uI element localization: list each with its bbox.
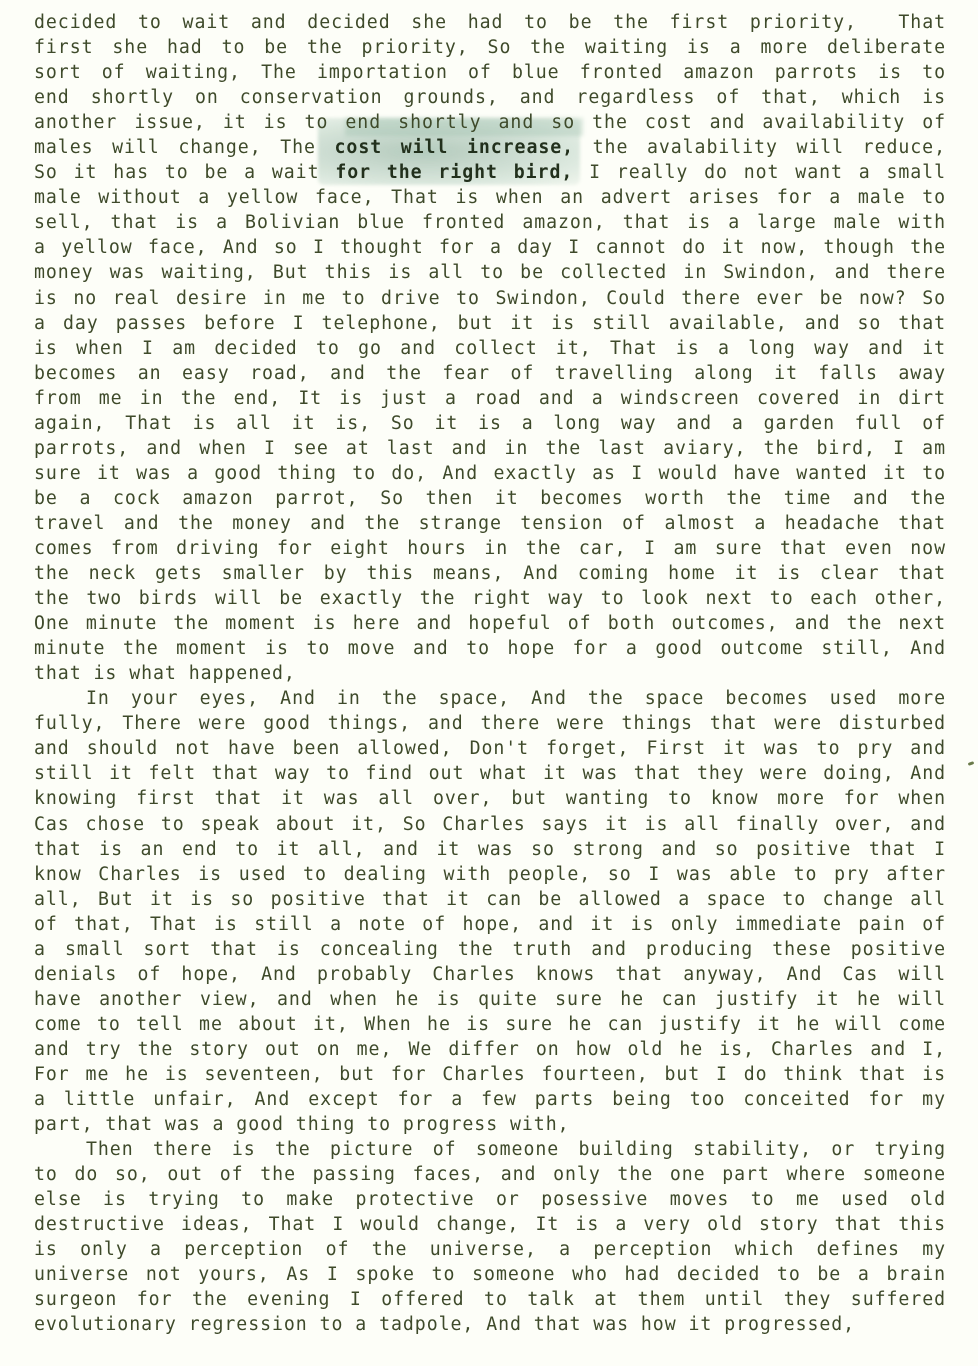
text-line: another issue, it is to end shortly and … <box>34 110 946 135</box>
text-line: sort of waiting, The importation of blue… <box>34 60 946 85</box>
text-line: knowing first that it was all over, but … <box>34 786 946 811</box>
text-line: of that, That is still a note of hope, a… <box>34 912 946 937</box>
text-line: part, that was a good thing to progress … <box>34 1112 946 1137</box>
text-line: fully, There were good things, and there… <box>34 711 946 736</box>
text-line: a day passes before I telephone, but it … <box>34 311 946 336</box>
text-line: parrots, and when I see at last and in t… <box>34 436 946 461</box>
highlighted-phrase: cost will increase, <box>335 137 575 158</box>
text-line: surgeon for the evening I offered to tal… <box>34 1287 946 1312</box>
text-line: becomes an easy road, and the fear of tr… <box>34 361 946 386</box>
text-line: sure it was a good thing to do, And exac… <box>34 461 946 486</box>
text-line: to do so, out of the passing faces, and … <box>34 1162 946 1187</box>
text-line: comes from driving for eight hours in th… <box>34 536 946 561</box>
text-line: that is what happened, <box>34 661 946 686</box>
typewritten-page: decided to wait and decided she had to b… <box>34 10 946 1337</box>
text-line: the two birds will be exactly the right … <box>34 586 946 611</box>
paragraph-first-line: Then there is the picture of someone bui… <box>34 1137 946 1162</box>
text-line: universe not yours, As I spoke to someon… <box>34 1262 946 1287</box>
text-line: destructive ideas, That I would change, … <box>34 1212 946 1237</box>
text-line: a small sort that is concealing the trut… <box>34 937 946 962</box>
text-line: a little unfair, And except for a few pa… <box>34 1087 946 1112</box>
text-line: male without a yellow face, That is when… <box>34 185 946 210</box>
ink-speck <box>968 761 975 766</box>
text-line: travel and the money and the strange ten… <box>34 511 946 536</box>
text-line: minute the moment is to move and to hope… <box>34 636 946 661</box>
text-line: first she had to be the priority, So the… <box>34 35 946 60</box>
text-line: again, That is all it is, So it is a lon… <box>34 411 946 436</box>
text-line: a yellow face, And so I thought for a da… <box>34 235 946 260</box>
text-line: else is trying to make protective or pos… <box>34 1187 946 1212</box>
text-line: evolutionary regression to a tadpole, An… <box>34 1312 946 1337</box>
text-line: decided to wait and decided she had to b… <box>34 10 946 35</box>
text-line: that is an end to it all, and it was so … <box>34 837 946 862</box>
text-line: come to tell me about it, When he is sur… <box>34 1012 946 1037</box>
text-line: and should not have been allowed, Don't … <box>34 736 946 761</box>
text-line: For me he is seventeen, but for Charles … <box>34 1062 946 1087</box>
text-line: males will change, The cost will increas… <box>34 135 946 160</box>
text-line: end shortly on conservation grounds, and… <box>34 85 946 110</box>
highlighted-phrase: for the right bird, <box>335 162 573 183</box>
text-line: know Charles is used to dealing with peo… <box>34 862 946 887</box>
text-line: and try the story out on me, We differ o… <box>34 1037 946 1062</box>
paragraph-first-line: In your eyes, And in the space, And the … <box>34 686 946 711</box>
text-line: is no real desire in me to drive to Swin… <box>34 286 946 311</box>
text-line: from me in the end, It is just a road an… <box>34 386 946 411</box>
text-line: is when I am decided to go and collect i… <box>34 336 946 361</box>
text-line: all, But it is so positive that it can b… <box>34 887 946 912</box>
text-line: sell, that is a Bolivian blue fronted am… <box>34 210 946 235</box>
text-line: is only a perception of the universe, a … <box>34 1237 946 1262</box>
text-line: One minute the moment is here and hopefu… <box>34 611 946 636</box>
text-line: Cas chose to speak about it, So Charles … <box>34 812 946 837</box>
text-line: be a cock amazon parrot, So then it beco… <box>34 486 946 511</box>
text-line: the neck gets smaller by this means, And… <box>34 561 946 586</box>
text-line: still it felt that way to find out what … <box>34 761 946 786</box>
text-line: denials of hope, And probably Charles kn… <box>34 962 946 987</box>
text-line: money was waiting, But this is all to be… <box>34 260 946 285</box>
text-line: So it has to be a wait for the right bir… <box>34 160 946 185</box>
text-line: have another view, and when he is quite … <box>34 987 946 1012</box>
